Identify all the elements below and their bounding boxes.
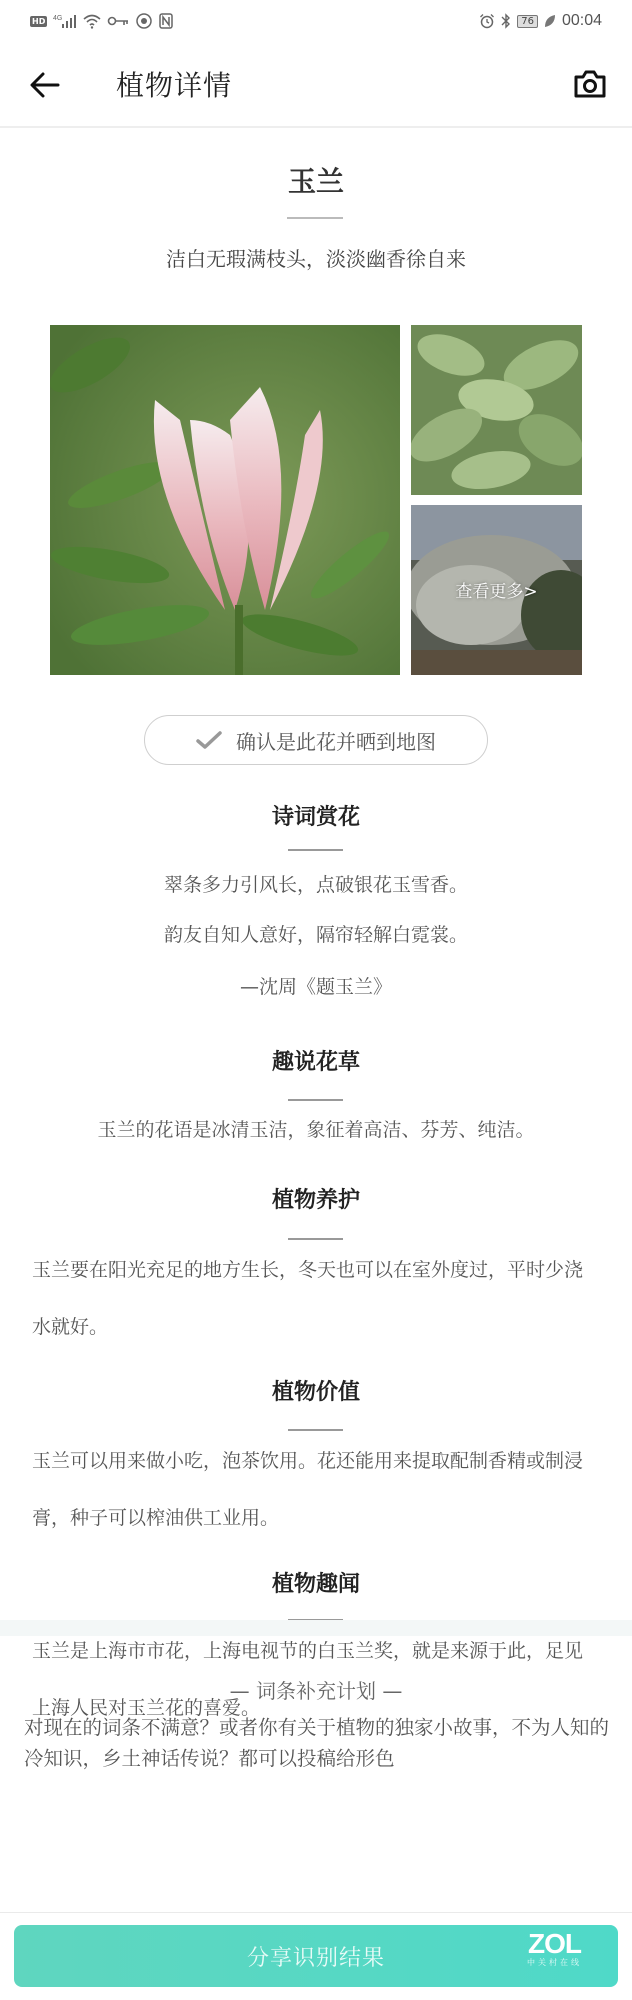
poem-attribution: —沈周《题玉兰》: [0, 972, 632, 999]
eye-icon: [135, 13, 153, 29]
status-right: 76 00:04: [479, 12, 602, 30]
back-button[interactable]: [26, 66, 64, 104]
poem-line-1: 翠条多力引风长，点破银花玉雪香。: [0, 870, 632, 897]
supplement-plan-text: 对现在的词条不满意？或者你有关于植物的独家小故事，不为人知的冷知识，乡土神话传说…: [24, 1712, 610, 1808]
zol-watermark: ZOL 中关村在线: [527, 1931, 582, 1968]
care-text: 玉兰要在阳光充足的地方生长，冬天也可以在室外度过，平时少浇水就好。: [32, 1242, 600, 1356]
status-time: 00:04: [562, 12, 602, 30]
see-more-label: 查看更多>: [411, 577, 582, 602]
section-title-care: 植物养护: [0, 1183, 632, 1214]
arrow-left-icon: [30, 72, 60, 98]
confirm-and-share-to-map-button[interactable]: 确认是此花并晒到地图: [144, 715, 488, 765]
section-divider: [288, 1099, 343, 1101]
section-title-value: 植物价值: [0, 1375, 632, 1406]
section-separator: [0, 1620, 632, 1636]
nfc-icon: [159, 13, 173, 29]
fun-facts-text: 玉兰的花语是冰清玉洁，象征着高洁、芬芳、纯洁。: [0, 1115, 632, 1142]
plant-name: 玉兰: [0, 160, 632, 200]
section-divider: [288, 1429, 343, 1431]
bottom-action-bar: 分享识别结果 ZOL 中关村在线: [0, 1912, 632, 2000]
section-divider: [288, 1238, 343, 1240]
svg-text:4G: 4G: [53, 15, 62, 22]
app-bar: 植物详情: [0, 42, 632, 128]
plant-slogan: 洁白无瑕满枝头，淡淡幽香徐自来: [0, 243, 632, 272]
check-icon: [196, 730, 222, 750]
magnolia-bud-photo[interactable]: [50, 325, 400, 675]
leaf-icon: [544, 14, 556, 28]
confirm-label: 确认是此花并晒到地图: [236, 726, 436, 755]
share-result-label: 分享识别结果: [247, 1941, 385, 1972]
section-title-anecdote: 植物趣闻: [0, 1567, 632, 1598]
zol-logo-text: ZOL: [527, 1931, 582, 1957]
status-bar: HD 4G 76 00:04: [0, 0, 632, 42]
supplement-plan-title: — 词条补充计划 —: [0, 1675, 632, 1704]
bluetooth-icon: [501, 13, 511, 29]
wifi-icon: [83, 13, 101, 29]
value-text: 玉兰可以用来做小吃，泡茶饮用。花还能用来提取配制香精或制浸膏，种子可以榨油供工业…: [32, 1433, 600, 1547]
section-title-fun-facts: 趣说花草: [0, 1045, 632, 1076]
see-more-photos-button[interactable]: 查看更多>: [411, 505, 582, 675]
key-icon: [107, 15, 129, 27]
signal-4g-icon: 4G: [53, 13, 77, 29]
zol-logo-subtext: 中关村在线: [527, 1957, 582, 1968]
status-left: HD 4G: [30, 13, 173, 29]
photo-gallery: 查看更多>: [50, 325, 582, 675]
camera-icon: [573, 69, 607, 99]
hd-icon: HD: [30, 16, 47, 27]
title-divider: [287, 217, 343, 219]
page-title: 植物详情: [116, 64, 232, 104]
battery-icon: 76: [517, 15, 538, 28]
alarm-icon: [479, 13, 495, 29]
section-title-poetry: 诗词赏花: [0, 800, 632, 831]
poem-line-2: 韵友自知人意好，隔帘轻解白霓裳。: [0, 920, 632, 947]
section-divider: [288, 849, 343, 851]
camera-button[interactable]: [570, 64, 610, 104]
magnolia-leaves-photo[interactable]: [411, 325, 582, 495]
